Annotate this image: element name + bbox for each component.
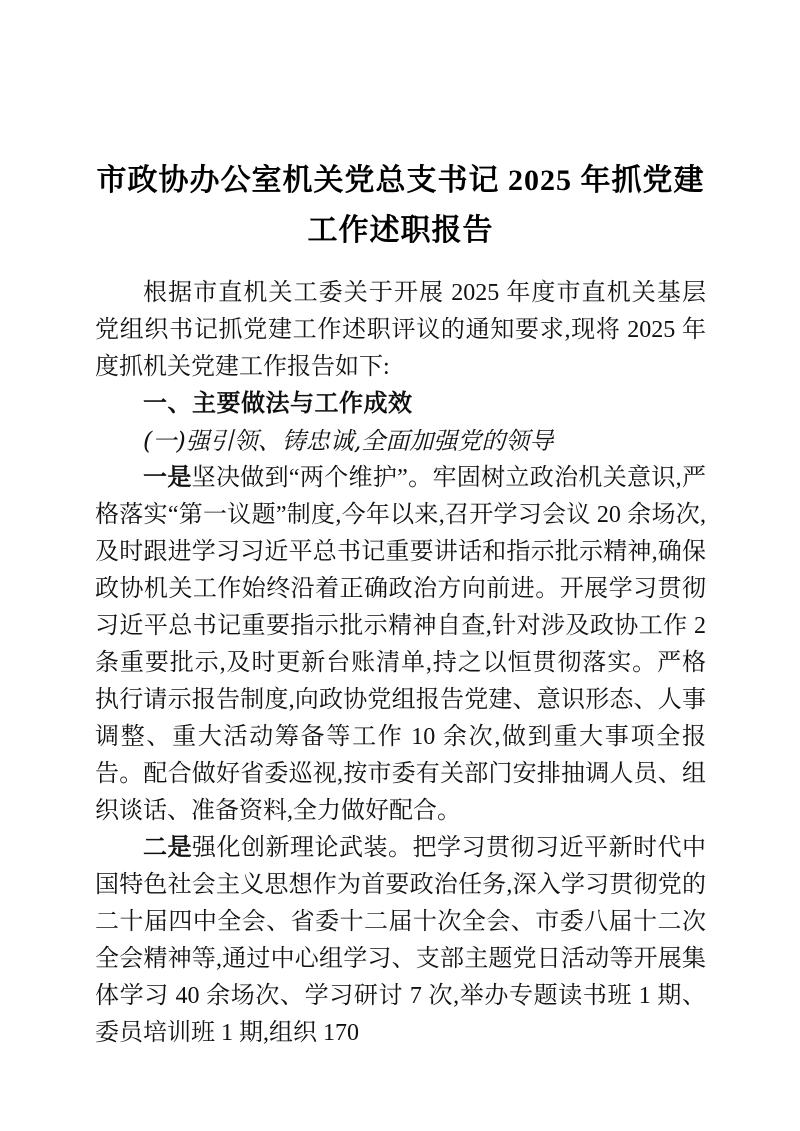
intro-paragraph: 根据市直机关工委关于开展 2025 年度市直机关基层党组织书记抓党建工作述职评议… [95, 275, 706, 386]
section-heading: 一、主要做法与工作成效 [95, 386, 706, 423]
document-content: 市政协办公室机关党总支书记 2025 年抓党建工作述职报告 根据市直机关工委关于… [95, 156, 706, 1052]
point-one-paragraph: 一是坚决做到“两个维护”。牢固树立政治机关意识,严格落实“第一议题”制度,今年以… [95, 460, 706, 830]
document-title: 市政协办公室机关党总支书记 2025 年抓党建工作述职报告 [95, 156, 706, 256]
point-two-paragraph: 二是强化创新理论武装。把学习贯彻习近平新时代中国特色社会主义思想作为首要政治任务… [95, 830, 706, 1052]
sub-heading: (一)强引领、铸忠诚,全面加强党的领导 [95, 423, 706, 460]
document-page: 市政协办公室机关党总支书记 2025 年抓党建工作述职报告 根据市直机关工委关于… [0, 0, 800, 1131]
document-body: 根据市直机关工委关于开展 2025 年度市直机关基层党组织书记抓党建工作述职评议… [95, 275, 706, 1052]
point-two-lead: 二是 [143, 835, 192, 861]
point-two-text: 强化创新理论武装。把学习贯彻习近平新时代中国特色社会主义思想作为首要政治任务,深… [95, 835, 706, 1046]
point-one-lead: 一是 [143, 465, 192, 491]
point-one-text: 坚决做到“两个维护”。牢固树立政治机关意识,严格落实“第一议题”制度,今年以来,… [95, 465, 706, 824]
